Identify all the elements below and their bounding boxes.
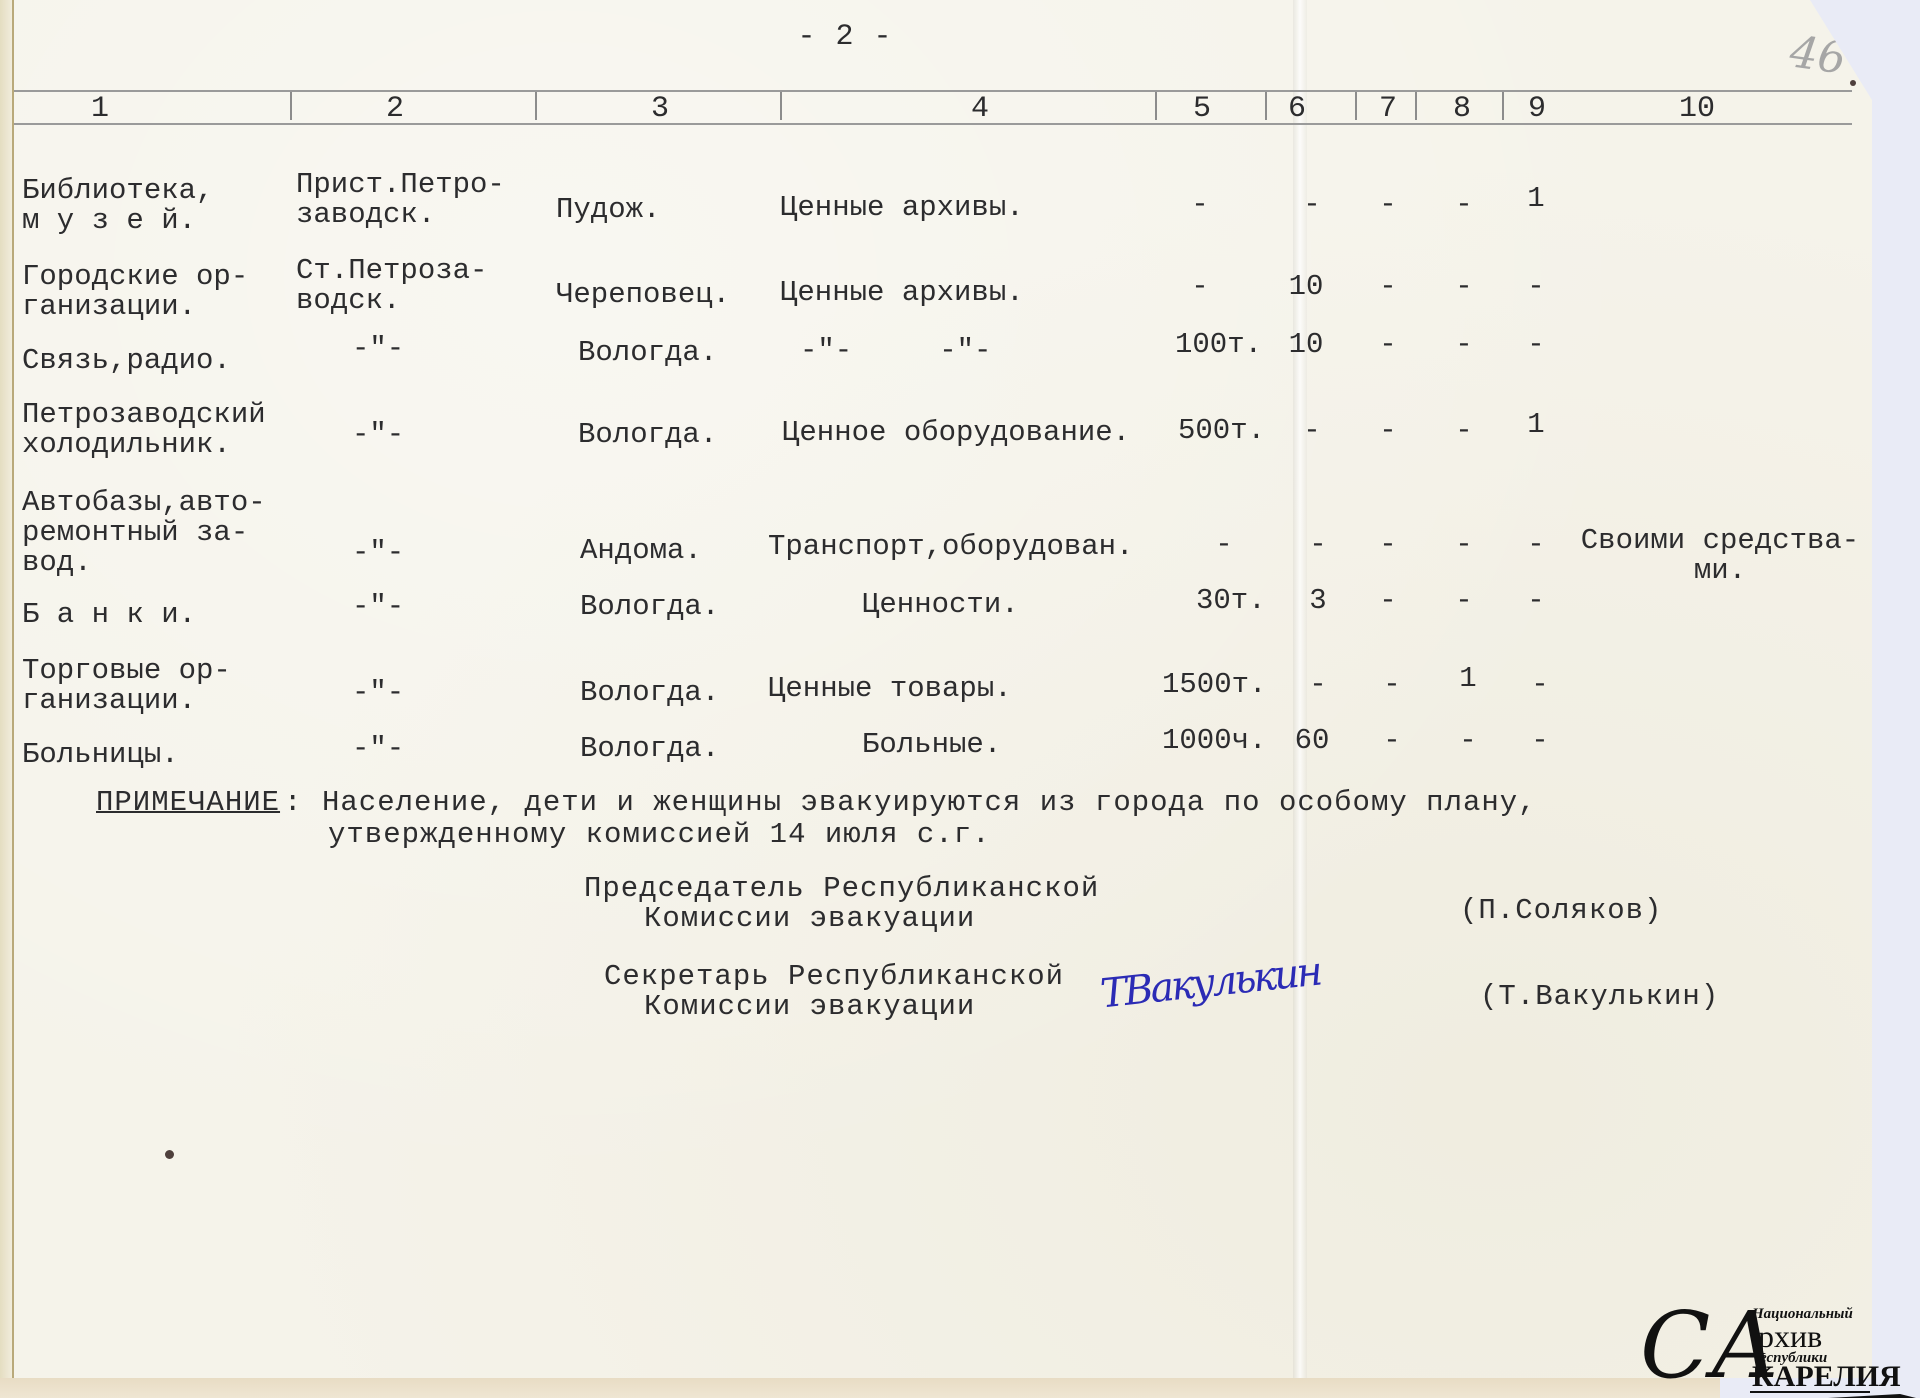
cell-origin: -"- xyxy=(352,334,404,364)
cell-destination: Пудож. xyxy=(556,195,660,225)
cell-col9: - xyxy=(1500,670,1580,700)
paper-speck xyxy=(165,1150,174,1159)
cell-col6: 3 xyxy=(1278,586,1358,616)
cell-origin: Ст.Петроза- водск. xyxy=(296,256,487,316)
cell-col7: - xyxy=(1348,330,1428,360)
binding-edge xyxy=(0,0,14,1378)
cell-col7: - xyxy=(1348,586,1428,616)
cell-organization: Больницы. xyxy=(22,740,179,770)
cell-col7: - xyxy=(1352,726,1432,756)
cell-col6: - xyxy=(1278,670,1358,700)
cell-col7: - xyxy=(1352,670,1432,700)
secretary-name: (Т.Вакулькин) xyxy=(1480,982,1719,1012)
document-sheet: - 2 - 46 1 2 3 4 5 6 7 8 9 10 Библиотека… xyxy=(0,0,1872,1378)
cell-col9: - xyxy=(1500,726,1580,756)
page-number: - 2 - xyxy=(795,22,895,52)
cell-col7: - xyxy=(1348,416,1428,446)
secretary-title-line-1: Секретарь Республиканской xyxy=(604,962,1064,992)
cell-organization: Петрозаводский холодильник. xyxy=(22,400,266,460)
archive-watermark-logo: СА Национальный рхив еспублики КАРЕЛИЯ xyxy=(1640,1300,1920,1398)
column-header-10: 10 xyxy=(1657,92,1737,126)
column-divider xyxy=(290,92,292,120)
cell-organization: Городские ор- ганизации. xyxy=(22,262,248,322)
watermark-line-4: КАРЕЛИЯ xyxy=(1752,1362,1901,1392)
cell-cargo: Ценные товары. xyxy=(768,674,1012,704)
cell-organization: Связь,радио. xyxy=(22,346,231,376)
secretary-title-line-2: Комиссии эвакуации xyxy=(644,992,975,1022)
cell-organization: Библиотека, м у з е й. xyxy=(22,176,213,236)
note-line-1: Население, дети и женщины эвакуируются и… xyxy=(322,788,1537,818)
cell-destination: Череповец. xyxy=(556,280,730,310)
cell-col5: 30т. xyxy=(1196,586,1266,616)
cell-col8: - xyxy=(1424,330,1504,360)
cell-col5: - xyxy=(1160,272,1240,302)
cell-col6: - xyxy=(1278,530,1358,560)
cell-col5: 500т. xyxy=(1178,416,1265,446)
archive-sheet-mark: 46 xyxy=(1787,26,1850,84)
cell-col6: 60 xyxy=(1272,726,1352,756)
cell-col7: - xyxy=(1348,530,1428,560)
cell-col5: 1000ч. xyxy=(1162,726,1266,756)
column-header-6: 6 xyxy=(1257,92,1337,126)
cell-organization: Автобазы,авто- ремонтный за- вод. xyxy=(22,488,266,578)
column-divider xyxy=(780,92,782,120)
note-label: ПРИМЕЧАНИЕ xyxy=(96,788,280,818)
cell-origin: Прист.Петро- заводск. xyxy=(296,170,505,230)
cell-col9: 1 xyxy=(1496,410,1576,440)
cell-col7: - xyxy=(1348,190,1428,220)
cell-col5: - xyxy=(1160,190,1240,220)
cell-cargo: Ценное оборудование. xyxy=(782,418,1130,448)
chairman-name: (П.Соляков) xyxy=(1460,896,1662,926)
cell-destination: Андома. xyxy=(580,536,702,566)
column-header-1: 1 xyxy=(60,92,140,126)
cell-origin: -"- xyxy=(352,678,404,708)
cell-col9: 1 xyxy=(1496,184,1576,214)
cell-organization: Торговые ор- ганизации. xyxy=(22,656,231,716)
cell-col9: - xyxy=(1496,272,1576,302)
cell-origin: -"- xyxy=(352,538,404,568)
note-line-2: утвержденному комиссией 14 июля с.г. xyxy=(328,820,991,850)
cell-remarks: Своими средства- ми. xyxy=(1560,526,1880,586)
cell-cargo: Больные. xyxy=(862,730,1001,760)
cell-origin: -"- xyxy=(352,734,404,764)
cell-col5: 1500т. xyxy=(1162,670,1266,700)
cell-destination: Вологда. xyxy=(580,592,719,622)
cell-col8: - xyxy=(1424,190,1504,220)
handwritten-signature: ТВакулькин xyxy=(1098,949,1322,1018)
cell-cargo: Ценности. xyxy=(862,590,1019,620)
watermark-line-2: рхив xyxy=(1758,1320,1822,1352)
cell-cargo: Ценные архивы. xyxy=(780,193,1024,223)
cell-col8: - xyxy=(1424,530,1504,560)
cell-destination: Вологда. xyxy=(580,678,719,708)
page-bottom-edge xyxy=(0,1378,1720,1398)
cell-col6: 10 xyxy=(1266,272,1346,302)
column-divider xyxy=(1155,92,1157,120)
cell-destination: Вологда. xyxy=(578,338,717,368)
cell-organization: Б а н к и. xyxy=(22,600,196,630)
cell-cargo: Транспорт,оборудован. xyxy=(768,532,1133,562)
column-header-8: 8 xyxy=(1422,92,1502,126)
cell-origin: -"- xyxy=(352,420,404,450)
cell-origin: -"- xyxy=(352,592,404,622)
cell-cargo: -"- -"- xyxy=(800,336,991,366)
cell-col5: - xyxy=(1184,530,1264,560)
cell-cargo: Ценные архивы. xyxy=(780,278,1024,308)
chairman-title-line-2: Комиссии эвакуации xyxy=(644,904,975,934)
cell-col8: 1 xyxy=(1428,664,1508,694)
column-header-7: 7 xyxy=(1348,92,1428,126)
paper-speck xyxy=(1850,80,1856,86)
chairman-title-line-1: Председатель Республиканской xyxy=(584,874,1099,904)
cell-col5: 100т. xyxy=(1175,330,1262,360)
column-header-9: 9 xyxy=(1497,92,1577,126)
cell-col9: - xyxy=(1496,586,1576,616)
note-colon: : xyxy=(284,788,302,818)
cell-col8: - xyxy=(1424,586,1504,616)
column-header-3: 3 xyxy=(620,92,700,126)
cell-destination: Вологда. xyxy=(578,420,717,450)
column-header-2: 2 xyxy=(355,92,435,126)
cell-col8: - xyxy=(1424,416,1504,446)
column-divider xyxy=(535,92,537,120)
cell-col6: 10 xyxy=(1266,330,1346,360)
cell-col6: - xyxy=(1272,190,1352,220)
cell-col9: - xyxy=(1496,330,1576,360)
cell-col8: - xyxy=(1428,726,1508,756)
cell-destination: Вологда. xyxy=(580,734,719,764)
cell-col6: - xyxy=(1272,416,1352,446)
cell-col7: - xyxy=(1348,272,1428,302)
column-header-5: 5 xyxy=(1162,92,1242,126)
cell-col8: - xyxy=(1424,272,1504,302)
quill-icon xyxy=(1750,1390,1920,1398)
column-header-4: 4 xyxy=(940,92,1020,126)
